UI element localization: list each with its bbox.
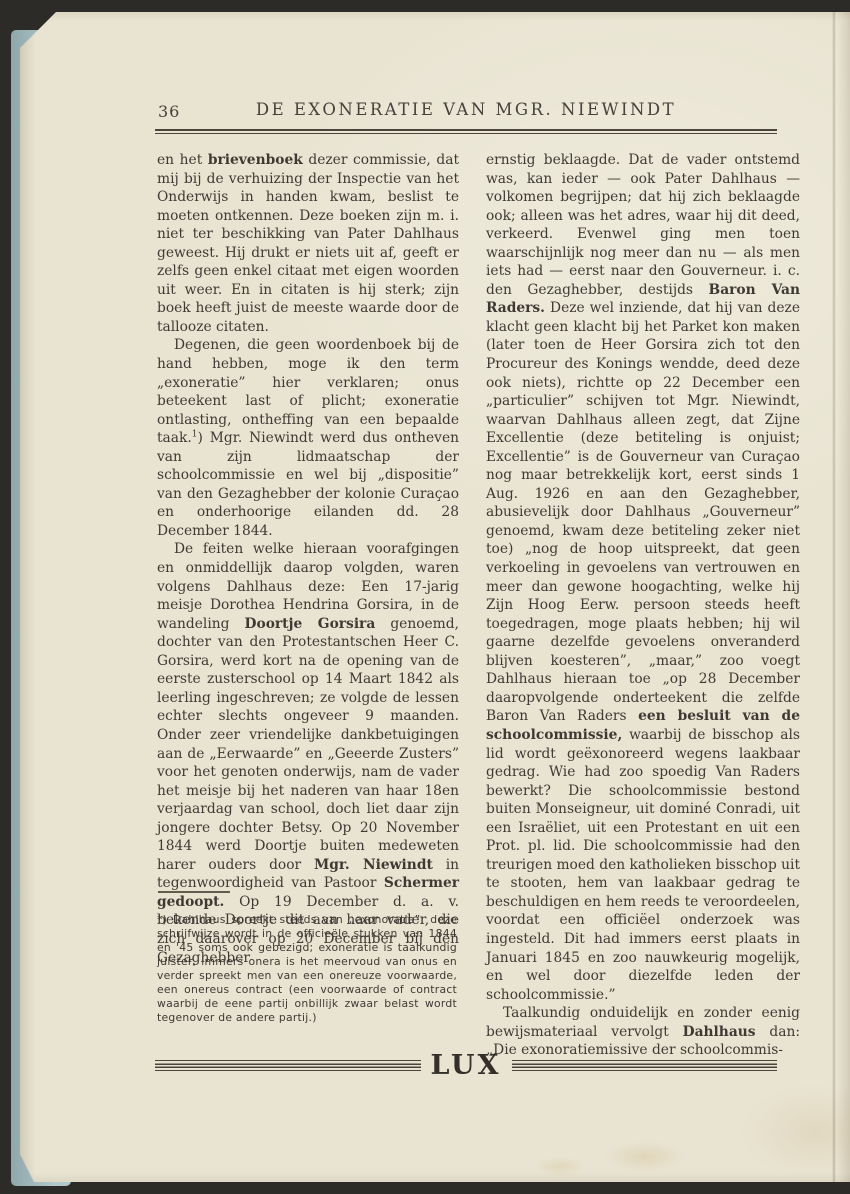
footnote-text: *) Dahlhaus spreekt steeds van „exonorat… xyxy=(157,913,457,1025)
header-rule xyxy=(155,129,777,135)
page-crease xyxy=(832,12,836,1182)
right-text-column: ernstig beklaagde. Dat de vader ontstemd… xyxy=(486,151,800,1060)
running-title: DE EXONERATIE VAN MGR. NIEWINDT xyxy=(155,100,777,119)
paragraph: *) Dahlhaus spreekt steeds van „exonorat… xyxy=(157,913,457,1025)
paragraph: en het brievenboek dezer commissie, dat … xyxy=(157,151,459,336)
footnote-separator-rule xyxy=(158,891,230,893)
footer-rule-left xyxy=(155,1060,421,1071)
left-text-column: en het brievenboek dezer commissie, dat … xyxy=(157,151,459,967)
footer-rule-right xyxy=(512,1060,778,1071)
paragraph: Degenen, die geen woordenboek bij de han… xyxy=(157,336,459,540)
page-footer: LUX xyxy=(155,1048,777,1082)
paragraph: De feiten welke hieraan voorafgingen en … xyxy=(157,540,459,967)
paragraph: ernstig beklaagde. Dat de vader ontstemd… xyxy=(486,151,800,1004)
journal-logo: LUX xyxy=(421,1052,512,1079)
book-page: 36 DE EXONERATIE VAN MGR. NIEWINDT en he… xyxy=(20,12,850,1182)
